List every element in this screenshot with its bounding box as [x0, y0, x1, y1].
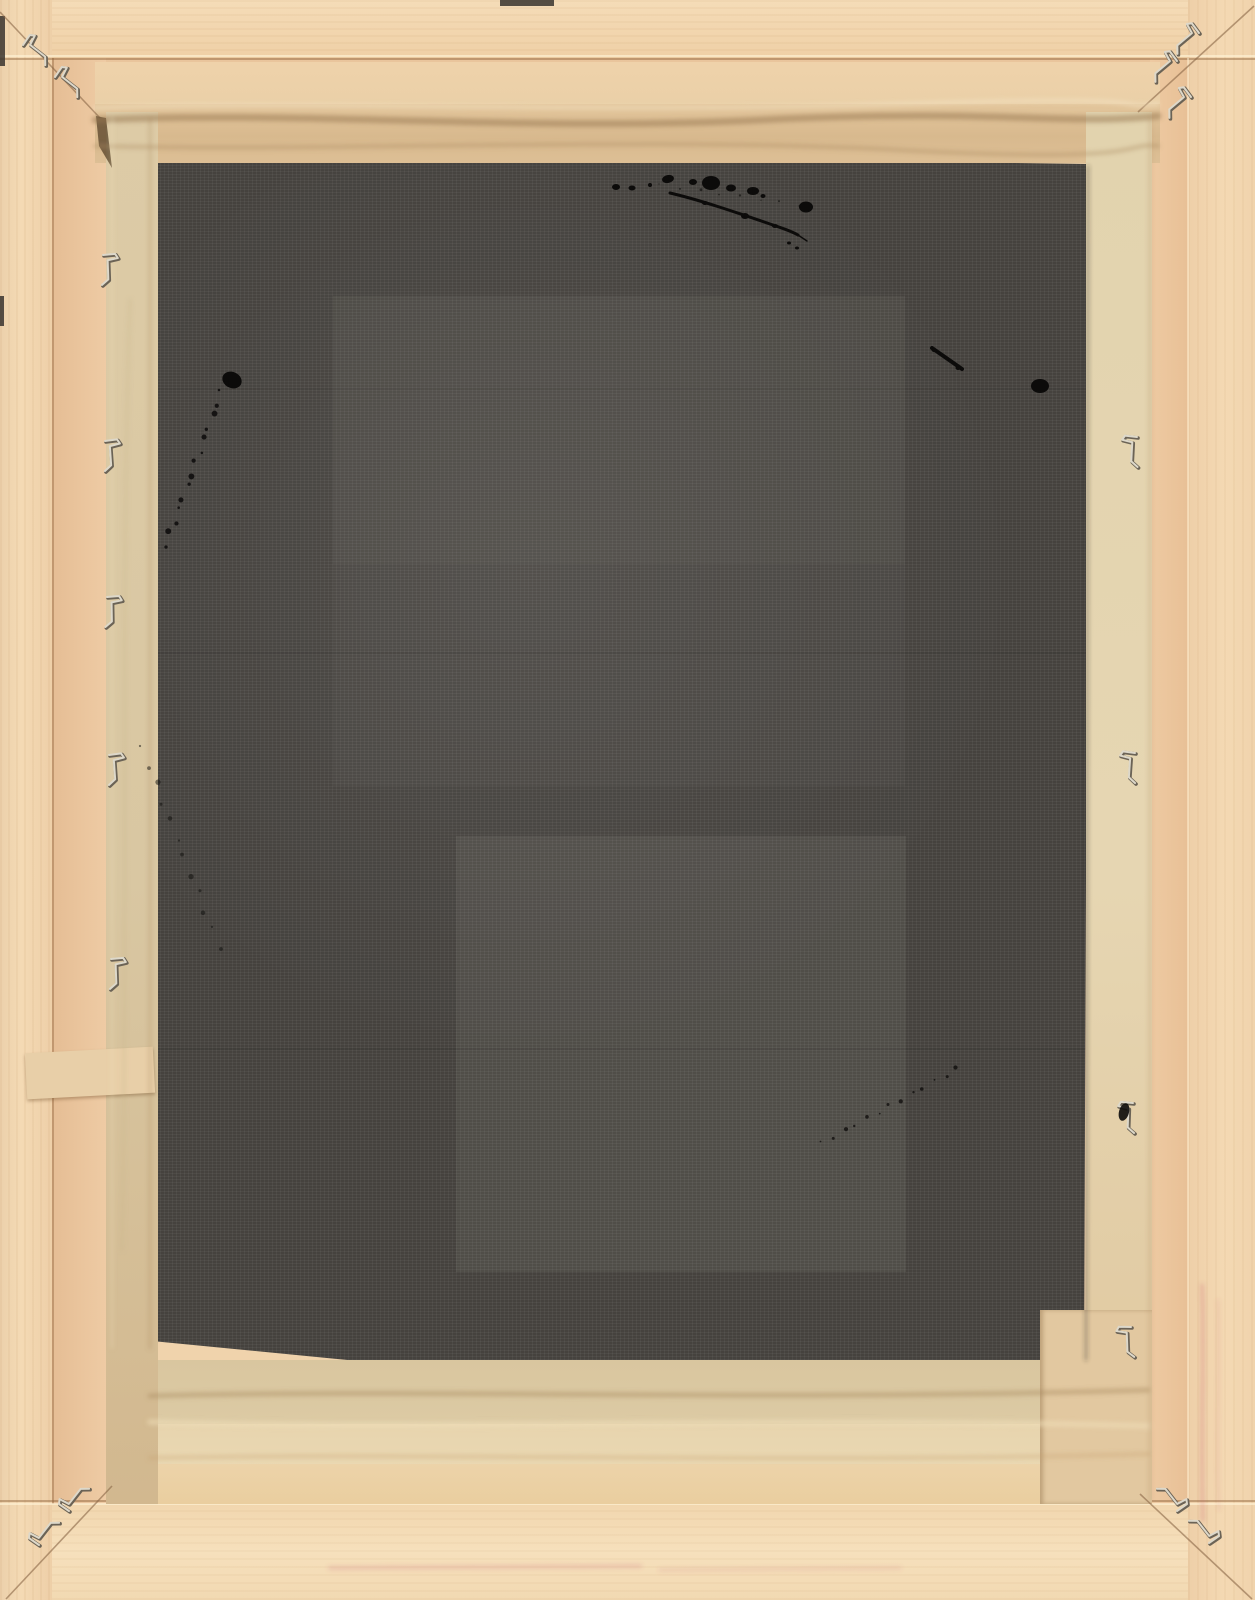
tape-band-bottom-1 [158, 1360, 1152, 1424]
tape-band-top [95, 104, 1160, 163]
backing-seam [117, 1048, 1089, 1050]
tape-band-bottom-2 [158, 1424, 1152, 1464]
wood-edge-shadow [52, 58, 54, 1504]
frame-rail-bottom [0, 1502, 1255, 1600]
edge-shadow-nick [0, 16, 5, 66]
frame-rail-left [0, 0, 52, 1600]
edge-shadow-nick [0, 296, 4, 326]
tape-strip-right [1086, 112, 1152, 1504]
tape-band-bottom-3 [158, 1464, 1152, 1504]
tape-flap-left [25, 1047, 155, 1100]
edge-shadow-nick [500, 0, 554, 6]
frame-back-photo [0, 0, 1255, 1600]
backing-seam [117, 388, 1089, 390]
frame-rail-right [1188, 0, 1255, 1600]
backing-seam [117, 652, 1089, 654]
tape-strip-left [106, 112, 158, 1504]
wood-edge-highlight [1187, 58, 1189, 1504]
tape-band-top-upper [95, 62, 1160, 104]
wood-edge-highlight [0, 55, 1255, 57]
backing-patch [333, 296, 905, 564]
wood-edge-shadow [0, 58, 1255, 60]
backing-patch [333, 564, 905, 786]
frame-rail-top [0, 0, 1255, 58]
frame-lip-left [52, 58, 106, 1504]
frame-lip-right [1150, 58, 1188, 1504]
backing-patch [456, 836, 906, 1272]
tape-patch-bottom-right [1040, 1310, 1152, 1504]
